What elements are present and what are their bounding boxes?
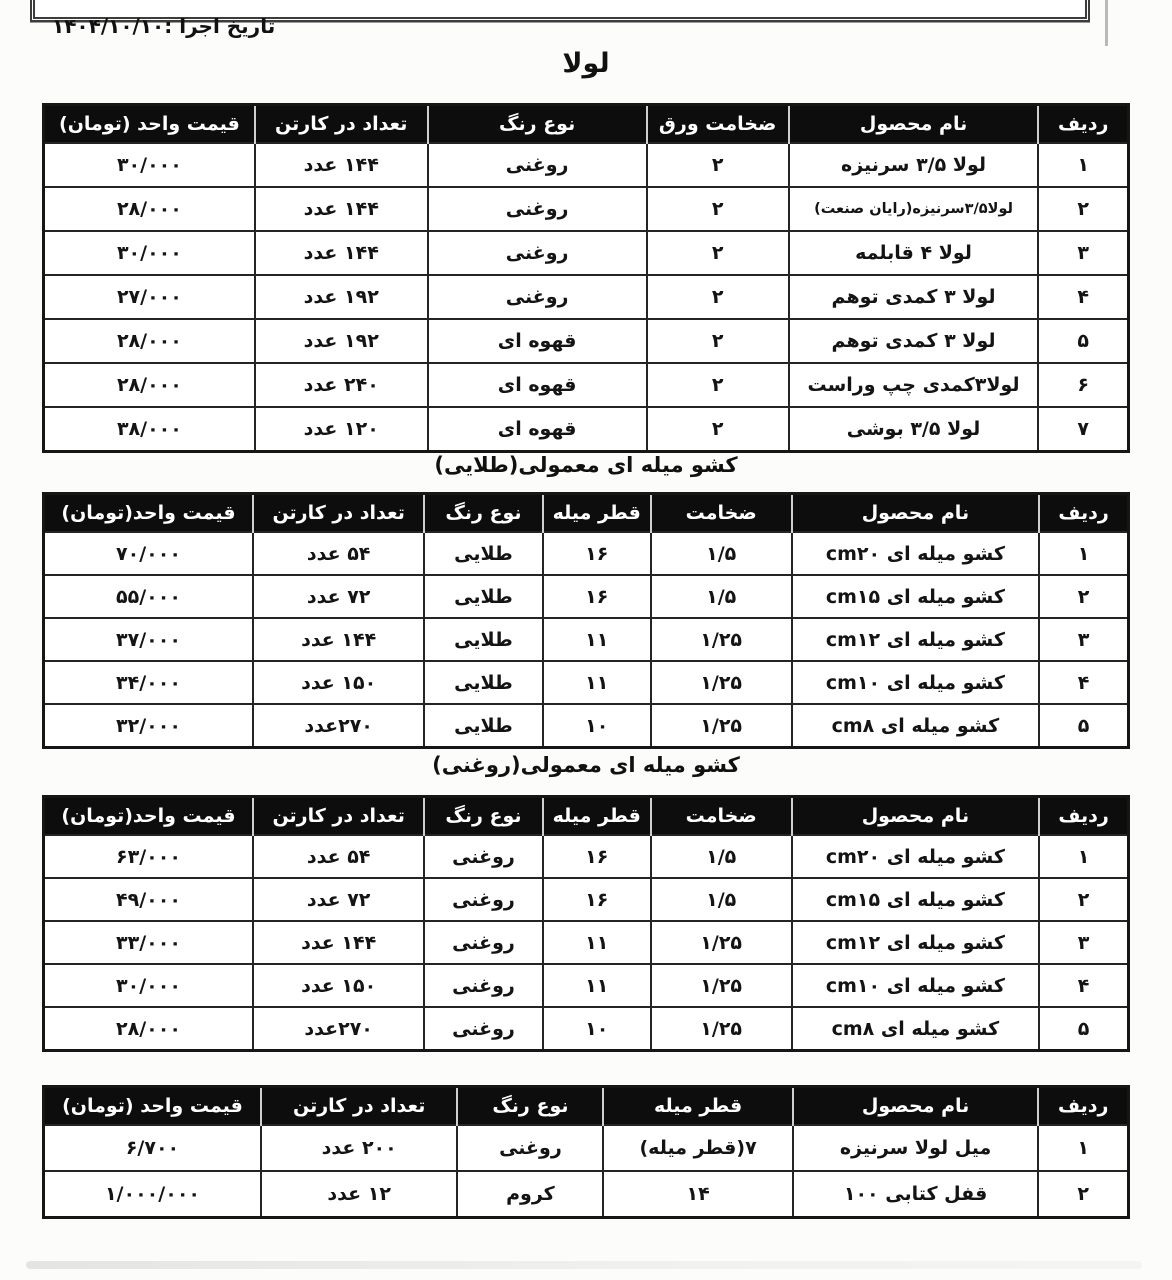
table-cell: ۳۸/۰۰۰ — [44, 407, 255, 452]
table-cell: ۴ — [1039, 661, 1128, 704]
page-title: لولا — [0, 48, 1172, 79]
table-cell: روغنی — [424, 964, 542, 1007]
table-cell: لولا۳/۵سرنیزه(رایان صنعت) — [789, 187, 1039, 231]
table-row: ۳کشو میله ای cm۱۲۱/۲۵۱۱روغنی۱۴۴ عدد۳۳/۰۰… — [44, 921, 1129, 964]
table-cell: روغنی — [457, 1125, 603, 1171]
column-header: تعداد در کارتن — [255, 105, 428, 144]
table-cell: طلایی — [424, 704, 542, 748]
header-row: ردیفنام محصولضخامتقطر میلهنوع رنگتعداد د… — [44, 797, 1129, 836]
table-misc-parts-wrap: ردیفنام محصولقطر میلهنوع رنگتعداد در کار… — [42, 1085, 1130, 1219]
lola-price-table: ردیفنام محصولضخامت ورقنوع رنگتعداد در کا… — [42, 103, 1130, 453]
table-cell: کشو میله ای cm۱۲ — [792, 921, 1040, 964]
table-row: ۱کشو میله ای cm۲۰۱/۵۱۶روغنی۵۴ عدد۶۳/۰۰۰ — [44, 835, 1129, 878]
table-cell: ۱/۲۵ — [651, 1007, 792, 1051]
table-cell: ۲ — [647, 363, 789, 407]
table-row: ۲کشو میله ای cm۱۵۱/۵۱۶طلایی۷۲ عدد۵۵/۰۰۰ — [44, 575, 1129, 618]
table-cell: ۱۵۰ عدد — [253, 964, 424, 1007]
table-cell: ۱۰ — [543, 704, 651, 748]
table-cell: ۴۹/۰۰۰ — [44, 878, 254, 921]
table-cell: ۳۷/۰۰۰ — [44, 618, 254, 661]
table-cell: ۷۲ عدد — [253, 575, 424, 618]
table-cell: روغنی — [428, 187, 647, 231]
table-row: ۱میل لولا سرنیزه۷(قطر میله)روغنی۲۰۰ عدد۶… — [44, 1125, 1129, 1171]
table-cell: ۲۷/۰۰۰ — [44, 275, 255, 319]
column-header: تعداد در کارتن — [261, 1087, 457, 1126]
table-cell: ۲۷۰عدد — [253, 704, 424, 748]
table-cell: ۱۲ عدد — [261, 1171, 457, 1218]
column-header: ردیف — [1038, 1087, 1128, 1126]
table-cell: قهوه ای — [428, 407, 647, 452]
table-cell: طلایی — [424, 661, 542, 704]
table-cell: ۱۶ — [543, 532, 651, 575]
column-header: تعداد در کارتن — [253, 494, 424, 533]
table-cell: ۵ — [1039, 704, 1128, 748]
table-cell: لولا۳کمدی چپ وراست — [789, 363, 1039, 407]
table-cell: طلایی — [424, 575, 542, 618]
table-cell: کشو میله ای cm۸ — [792, 1007, 1040, 1051]
table-cell: ۱۱ — [543, 964, 651, 1007]
column-header: نام محصول — [793, 1087, 1039, 1126]
table-cell: ۲۰۰ عدد — [261, 1125, 457, 1171]
table-lola-wrap: ردیفنام محصولضخامت ورقنوع رنگتعداد در کا… — [42, 103, 1130, 453]
column-header: قیمت واحد(تومان) — [44, 797, 254, 836]
table-cell: ۱ — [1039, 835, 1128, 878]
table-cell: ۱/۵ — [651, 835, 792, 878]
table-cell: ۱۶ — [543, 835, 651, 878]
column-header: نوع رنگ — [424, 494, 542, 533]
oily-drawer-price-table: ردیفنام محصولضخامتقطر میلهنوع رنگتعداد د… — [42, 795, 1130, 1052]
table-cell: روغنی — [424, 1007, 542, 1051]
table-cell: ۲ — [647, 407, 789, 452]
table-cell: روغنی — [428, 275, 647, 319]
table-cell: ۵۵/۰۰۰ — [44, 575, 254, 618]
table-cell: روغنی — [424, 878, 542, 921]
table-row: ۵کشو میله ای cm۸۱/۲۵۱۰روغنی۲۷۰عدد۲۸/۰۰۰ — [44, 1007, 1129, 1051]
table-row: ۵کشو میله ای cm۸۱/۲۵۱۰طلایی۲۷۰عدد۳۲/۰۰۰ — [44, 704, 1129, 748]
table-cell: روغنی — [428, 143, 647, 187]
table-cell: ۳۰/۰۰۰ — [44, 964, 254, 1007]
table-row: ۷لولا ۳/۵ بوشی۲قهوه ای۱۲۰ عدد۳۸/۰۰۰ — [44, 407, 1129, 452]
table-cell: قفل کتابی ۱۰۰ — [793, 1171, 1039, 1218]
golden-drawer-price-table: ردیفنام محصولضخامتقطر میلهنوع رنگتعداد د… — [42, 492, 1130, 749]
table-cell: ۳۴/۰۰۰ — [44, 661, 254, 704]
table-cell: ۷(قطر میله) — [603, 1125, 792, 1171]
table-cell: ۵۴ عدد — [253, 532, 424, 575]
table-cell: کشو میله ای cm۲۰ — [792, 835, 1040, 878]
column-header: ضخامت ورق — [647, 105, 789, 144]
table-cell: ۴ — [1039, 964, 1128, 1007]
table-row: ۱کشو میله ای cm۲۰۱/۵۱۶طلایی۵۴ عدد۷۰/۰۰۰ — [44, 532, 1129, 575]
table-row: ۱لولا ۳/۵ سرنیزه۲روغنی۱۴۴ عدد۳۰/۰۰۰ — [44, 143, 1129, 187]
table-cell: روغنی — [424, 835, 542, 878]
table-cell: ۲ — [1038, 1171, 1128, 1218]
table-row: ۲لولا۳/۵سرنیزه(رایان صنعت)۲روغنی۱۴۴ عدد۲… — [44, 187, 1129, 231]
table-cell: ۱۶ — [543, 878, 651, 921]
table-cell: لولا ۳/۵ بوشی — [789, 407, 1039, 452]
table-cell: ۲ — [1038, 187, 1128, 231]
table-row: ۳لولا ۴ قابلمه۲روغنی۱۴۴ عدد۳۰/۰۰۰ — [44, 231, 1129, 275]
table-cell: ۱۹۲ عدد — [255, 319, 428, 363]
column-header: نوع رنگ — [428, 105, 647, 144]
column-header: قیمت واحد (تومان) — [44, 105, 255, 144]
table-cell: ۱/۰۰۰/۰۰۰ — [44, 1171, 261, 1218]
table-cell: ۲ — [647, 319, 789, 363]
table-cell: ۱۴۴ عدد — [253, 618, 424, 661]
column-header: قطر میله — [543, 494, 651, 533]
table-cell: لولا ۳ کمدی توهم — [789, 275, 1039, 319]
execution-date: تاریخ اجرا :۱۴۰۴/۱۰/۱۰ — [52, 14, 275, 38]
table-cell: ۱/۲۵ — [651, 964, 792, 1007]
table-cell: ۵ — [1038, 319, 1128, 363]
table-cell: ۱ — [1039, 532, 1128, 575]
table-cell: ۲ — [1039, 878, 1128, 921]
misc-parts-price-table: ردیفنام محصولقطر میلهنوع رنگتعداد در کار… — [42, 1085, 1130, 1219]
table-cell: ۷ — [1038, 407, 1128, 452]
table-row: ۲قفل کتابی ۱۰۰۱۴کروم۱۲ عدد۱/۰۰۰/۰۰۰ — [44, 1171, 1129, 1218]
column-header: نام محصول — [789, 105, 1039, 144]
table-cell: ۲ — [647, 187, 789, 231]
table-cell: طلایی — [424, 532, 542, 575]
table-cell: ۲۷۰عدد — [253, 1007, 424, 1051]
table-cell: ۶/۷۰۰ — [44, 1125, 261, 1171]
table-cell: ۶۳/۰۰۰ — [44, 835, 254, 878]
table-row: ۴کشو میله ای cm۱۰۱/۲۵۱۱طلایی۱۵۰ عدد۳۴/۰۰… — [44, 661, 1129, 704]
table-cell: ۱۶ — [543, 575, 651, 618]
table-cell: طلایی — [424, 618, 542, 661]
table-cell: ۷۲ عدد — [253, 878, 424, 921]
table-cell: کشو میله ای cm۱۵ — [792, 575, 1040, 618]
table-cell: ۱/۲۵ — [651, 704, 792, 748]
table-cell: ۱۴۴ عدد — [255, 143, 428, 187]
table-cell: ۱/۵ — [651, 878, 792, 921]
table-cell: کشو میله ای cm۱۵ — [792, 878, 1040, 921]
header-row: ردیفنام محصولقطر میلهنوع رنگتعداد در کار… — [44, 1087, 1129, 1126]
table-cell: ۵۴ عدد — [253, 835, 424, 878]
table-oily-drawer-wrap: ردیفنام محصولضخامتقطر میلهنوع رنگتعداد د… — [42, 795, 1130, 1052]
column-header: ردیف — [1039, 494, 1128, 533]
section-title-golden-drawer: کشو میله ای معمولی(طلایی) — [0, 453, 1172, 477]
table-cell: ۱/۵ — [651, 532, 792, 575]
table-cell: ۳ — [1039, 618, 1128, 661]
table-golden-drawer-wrap: ردیفنام محصولضخامتقطر میلهنوع رنگتعداد د… — [42, 492, 1130, 749]
column-header: نام محصول — [792, 494, 1040, 533]
table-cell: ۱۰ — [543, 1007, 651, 1051]
table-cell: ۲۸/۰۰۰ — [44, 363, 255, 407]
header-row: ردیفنام محصولضخامت ورقنوع رنگتعداد در کا… — [44, 105, 1129, 144]
table-cell: ۱/۲۵ — [651, 921, 792, 964]
column-header: قیمت واحد (تومان) — [44, 1087, 261, 1126]
table-cell: روغنی — [428, 231, 647, 275]
column-header: ردیف — [1038, 105, 1128, 144]
scanned-price-list-page: تاریخ اجرا :۱۴۰۴/۱۰/۱۰ لولا ردیفنام محصو… — [0, 0, 1172, 1280]
column-header: ضخامت — [651, 494, 792, 533]
column-header: ردیف — [1039, 797, 1128, 836]
header-row: ردیفنام محصولضخامتقطر میلهنوع رنگتعداد د… — [44, 494, 1129, 533]
table-cell: میل لولا سرنیزه — [793, 1125, 1039, 1171]
table-row: ۵لولا ۳ کمدی توهم۲قهوه ای۱۹۲ عدد۲۸/۰۰۰ — [44, 319, 1129, 363]
column-header: تعداد در کارتن — [253, 797, 424, 836]
column-header: قطر میله — [543, 797, 651, 836]
table-cell: روغنی — [424, 921, 542, 964]
table-cell: لولا ۳ کمدی توهم — [789, 319, 1039, 363]
table-cell: کشو میله ای cm۸ — [792, 704, 1040, 748]
column-header: نام محصول — [792, 797, 1040, 836]
table-cell: قهوه ای — [428, 363, 647, 407]
table-row: ۲کشو میله ای cm۱۵۱/۵۱۶روغنی۷۲ عدد۴۹/۰۰۰ — [44, 878, 1129, 921]
table-cell: قهوه ای — [428, 319, 647, 363]
table-cell: ۱۵۰ عدد — [253, 661, 424, 704]
table-cell: ۳۲/۰۰۰ — [44, 704, 254, 748]
column-header: قطر میله — [603, 1087, 792, 1126]
table-cell: کشو میله ای cm۲۰ — [792, 532, 1040, 575]
table-cell: ۱۴۴ عدد — [255, 187, 428, 231]
column-header: قیمت واحد(تومان) — [44, 494, 254, 533]
table-row: ۴کشو میله ای cm۱۰۱/۲۵۱۱روغنی۱۵۰ عدد۳۰/۰۰… — [44, 964, 1129, 1007]
scan-shadow-artifact — [26, 1261, 1142, 1269]
table-cell: لولا ۴ قابلمه — [789, 231, 1039, 275]
table-cell: ۳۰/۰۰۰ — [44, 143, 255, 187]
table-cell: ۱۲۰ عدد — [255, 407, 428, 452]
section-title-oily-drawer: کشو میله ای معمولی(روغنی) — [0, 753, 1172, 777]
table-cell: ۳۳/۰۰۰ — [44, 921, 254, 964]
table-row: ۶لولا۳کمدی چپ وراست۲قهوه ای۲۴۰ عدد۲۸/۰۰۰ — [44, 363, 1129, 407]
table-cell: ۲۸/۰۰۰ — [44, 319, 255, 363]
table-cell: ۴ — [1038, 275, 1128, 319]
table-cell: ۱/۲۵ — [651, 618, 792, 661]
table-row: ۴لولا ۳ کمدی توهم۲روغنی۱۹۲ عدد۲۷/۰۰۰ — [44, 275, 1129, 319]
table-cell: کشو میله ای cm۱۰ — [792, 661, 1040, 704]
table-cell: ۱۹۲ عدد — [255, 275, 428, 319]
table-cell: کشو میله ای cm۱۲ — [792, 618, 1040, 661]
table-row: ۳کشو میله ای cm۱۲۱/۲۵۱۱طلایی۱۴۴ عدد۳۷/۰۰… — [44, 618, 1129, 661]
table-cell: ۱۴۴ عدد — [255, 231, 428, 275]
table-cell: ۲ — [647, 143, 789, 187]
column-header: نوع رنگ — [457, 1087, 603, 1126]
table-cell: ۲۴۰ عدد — [255, 363, 428, 407]
table-cell: ۱۱ — [543, 661, 651, 704]
table-cell: کشو میله ای cm۱۰ — [792, 964, 1040, 1007]
table-cell: ۱۴۴ عدد — [253, 921, 424, 964]
table-cell: ۱ — [1038, 1125, 1128, 1171]
table-cell: کروم — [457, 1171, 603, 1218]
table-cell: ۱۱ — [543, 618, 651, 661]
table-cell: ۳ — [1038, 231, 1128, 275]
table-cell: ۱/۲۵ — [651, 661, 792, 704]
table-cell: ۱ — [1038, 143, 1128, 187]
table-cell: ۲ — [1039, 575, 1128, 618]
table-cell: ۳۰/۰۰۰ — [44, 231, 255, 275]
table-cell: ۲ — [647, 231, 789, 275]
column-header: نوع رنگ — [424, 797, 542, 836]
table-cell: ۳ — [1039, 921, 1128, 964]
table-cell: ۱/۵ — [651, 575, 792, 618]
table-cell: ۲۸/۰۰۰ — [44, 187, 255, 231]
table-cell: ۲۸/۰۰۰ — [44, 1007, 254, 1051]
table-cell: ۱۱ — [543, 921, 651, 964]
page-edge-line — [1105, 0, 1108, 46]
table-cell: لولا ۳/۵ سرنیزه — [789, 143, 1039, 187]
table-cell: ۱۴ — [603, 1171, 792, 1218]
table-cell: ۵ — [1039, 1007, 1128, 1051]
table-cell: ۲ — [647, 275, 789, 319]
column-header: ضخامت — [651, 797, 792, 836]
table-cell: ۷۰/۰۰۰ — [44, 532, 254, 575]
table-cell: ۶ — [1038, 363, 1128, 407]
